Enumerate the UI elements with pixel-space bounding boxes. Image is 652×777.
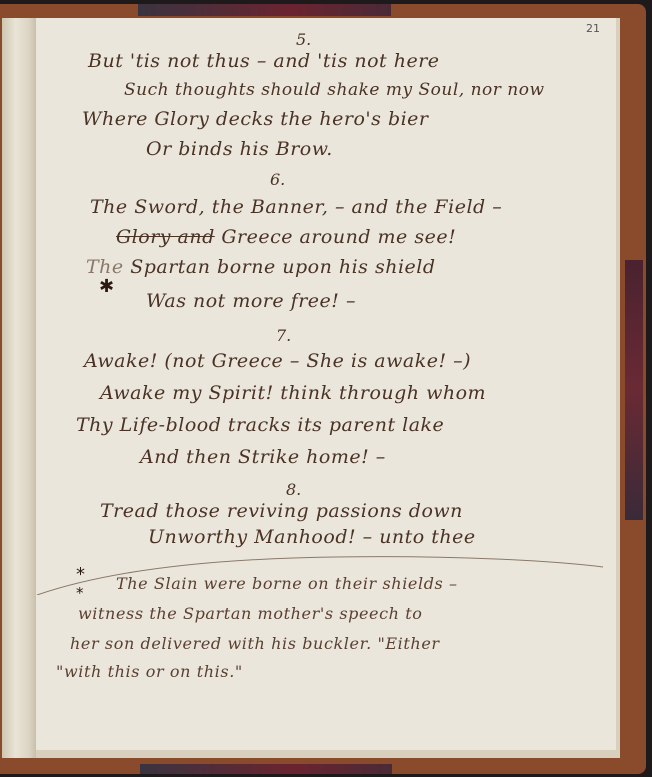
verse-line-with-deletion: Glory and Greece around me see! (116, 226, 456, 248)
stanza-number: 6. (270, 170, 285, 189)
verse-remainder: Greece around me see! (221, 226, 456, 248)
verse-line: Such thoughts should shake my Soul, nor … (124, 80, 545, 100)
verse-line: Awake! (not Greece – She is awake! –) (84, 350, 471, 372)
page-number: 21 (586, 22, 600, 35)
stanza-number: 5. (296, 30, 311, 49)
asterisk-icon: ✱ (99, 276, 114, 297)
footnote-line: The Slain were borne on their shields – (116, 574, 458, 593)
page-gutter (2, 18, 36, 758)
verse-line: The Sword, the Banner, – and the Field – (90, 196, 502, 218)
verse-line: Was not more free! – (146, 290, 356, 312)
struck-text: Glory and (116, 226, 215, 248)
footnote-line: witness the Spartan mother's speech to (78, 604, 423, 623)
footnote-line: "with this or on this." (56, 662, 243, 681)
verse-line: And then Strike home! – (140, 446, 386, 468)
verse-line: Thy Life-blood tracks its parent lake (76, 414, 444, 436)
binding-band-right (625, 260, 643, 520)
verse-line: Tread those reviving passions down (100, 500, 463, 522)
footnote-marker-icon: * (76, 584, 84, 602)
stanza-number: 8. (286, 480, 301, 499)
verse-line: Or binds his Brow. (146, 138, 333, 160)
verse-line: Unworthy Manhood! – unto thee (148, 526, 476, 548)
stanza-number: 7. (276, 326, 291, 345)
footnote-marker-icon: * (76, 564, 85, 585)
verse-line: Where Glory decks the hero's bier (82, 108, 429, 130)
verse-line: The Spartan borne upon his shield (86, 256, 436, 278)
verse-remainder: Spartan borne upon his shield (130, 256, 435, 278)
footnote-line: her son delivered with his buckler. "Eit… (70, 634, 440, 653)
binding-band-bottom (140, 764, 392, 774)
verse-line: But 'tis not thus – and 'tis not here (88, 50, 440, 72)
verse-line: Awake my Spirit! think through whom (100, 382, 486, 404)
faint-prefix: The (86, 256, 124, 278)
binding-band-top (138, 4, 391, 16)
